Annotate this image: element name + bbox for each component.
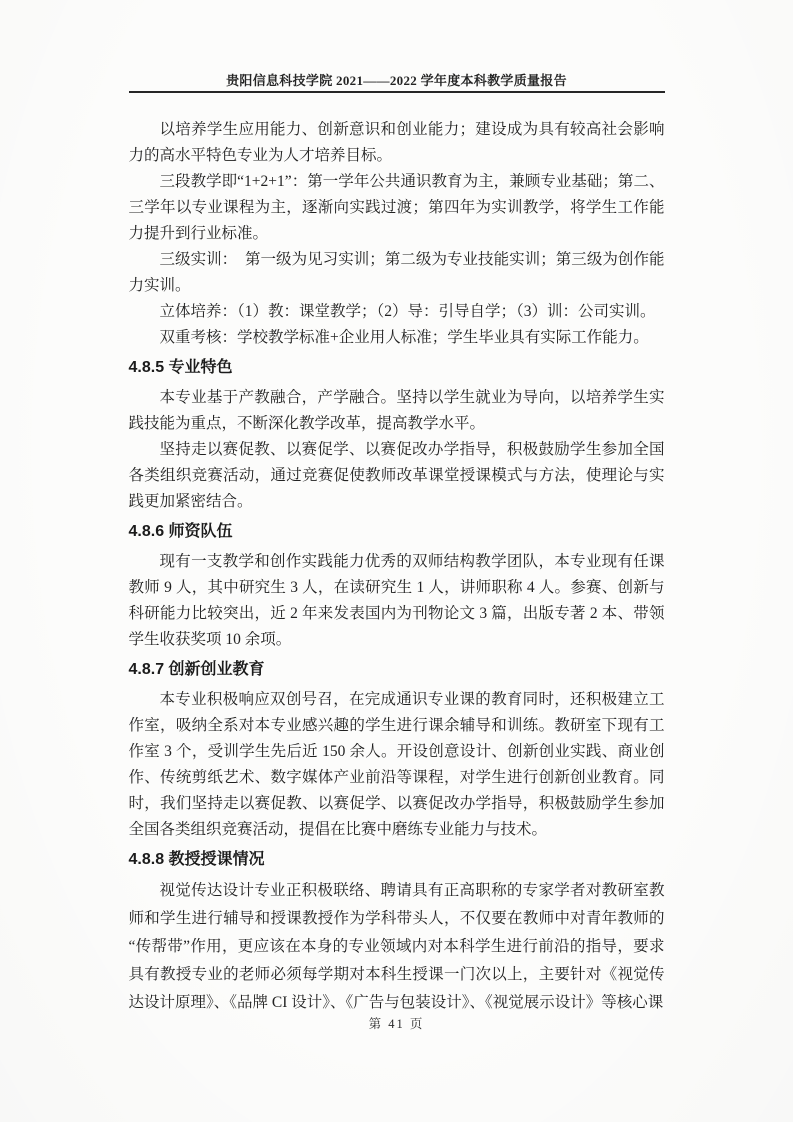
paragraph: 三级实训： 第一级为见习实训；第二级为专业技能实训；第三级为创作能力实训。 [129, 247, 665, 299]
paragraph: 双重考核：学校教学标准+企业用人标准；学生毕业具有实际工作能力。 [129, 325, 665, 351]
section-heading: 4.8.7 创新创业教育 [129, 659, 665, 681]
section-heading: 4.8.6 师资队伍 [129, 521, 665, 543]
paragraph: 本专业基于产教融合，产学融合。坚持以学生就业为导向，以培养学生实践技能为重点，不… [129, 385, 665, 437]
section-heading: 4.8.8 教授授课情况 [129, 849, 665, 871]
paragraph: 立体培养：（1）教：课堂教学；（2）导：引导自学；（3）训：公司实训。 [129, 299, 665, 325]
paragraph: 三段教学即“1+2+1”：第一学年公共通识教育为主，兼顾专业基础；第二、三学年以… [129, 169, 665, 247]
page-header: 贵阳信息科技学院 2021——2022 学年度本科教学质量报告 [129, 0, 665, 93]
paragraph: 本专业积极响应双创号召，在完成通识专业课的教育同时，还积极建立工作室，吸纳全系对… [129, 687, 665, 843]
page-number: 第 41 页 [369, 1017, 425, 1031]
header-rule [129, 91, 665, 93]
paragraph: 以培养学生应用能力、创新意识和创业能力；建设成为具有较高社会影响力的高水平特色专… [129, 117, 665, 169]
page-header-title: 贵阳信息科技学院 2021——2022 学年度本科教学质量报告 [129, 72, 665, 89]
document-page: 贵阳信息科技学院 2021——2022 学年度本科教学质量报告 以培养学生应用能… [0, 0, 793, 1122]
paragraph: 坚持走以赛促教、以赛促学、以赛促改办学指导，积极鼓励学生参加全国各类组织竞赛活动… [129, 437, 665, 515]
paragraph: 现有一支教学和创作实践能力优秀的双师结构教学团队，本专业现有任课教师 9 人，其… [129, 549, 665, 653]
section-heading: 4.8.5 专业特色 [129, 357, 665, 379]
paragraph: 视觉传达设计专业正积极联络、聘请具有正高职称的专家学者对教研室教师和学生进行辅导… [129, 877, 665, 1017]
page-footer: 第 41 页 [0, 1014, 793, 1032]
document-body: 以培养学生应用能力、创新意识和创业能力；建设成为具有较高社会影响力的高水平特色专… [129, 117, 665, 1017]
